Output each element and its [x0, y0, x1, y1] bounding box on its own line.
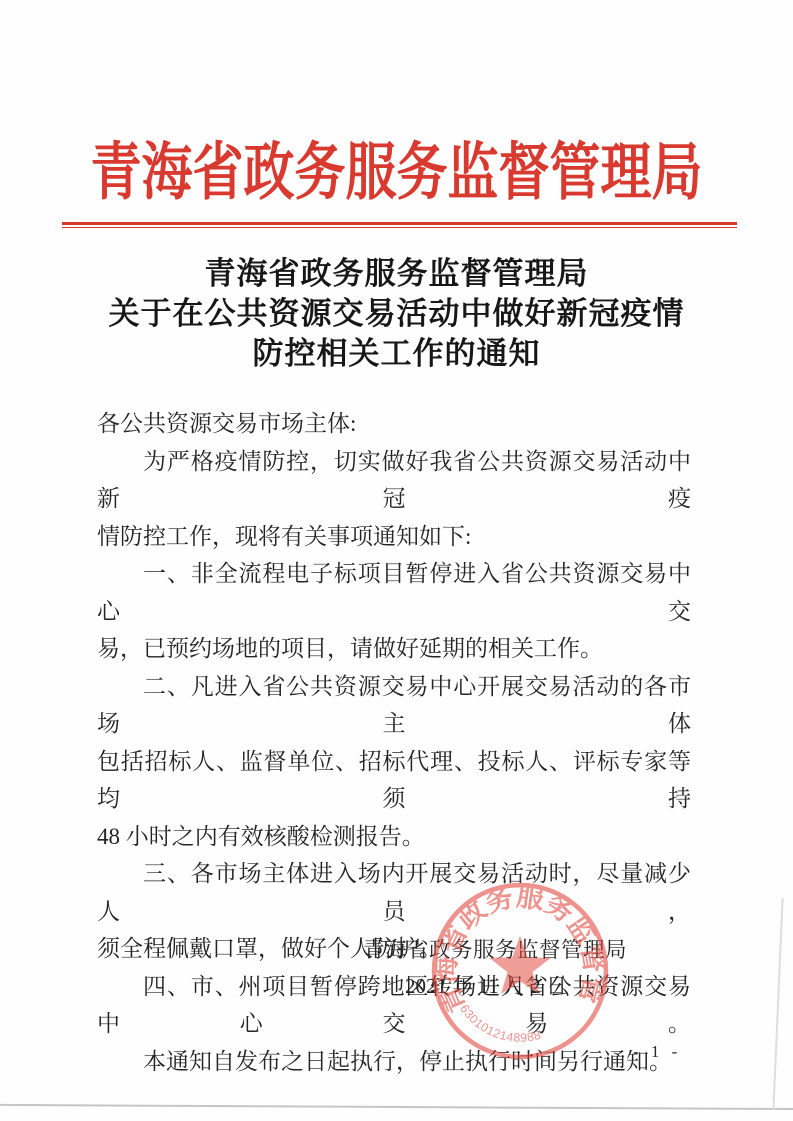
- body-line: 二、凡进入省公共资源交易中心开展交易活动的各市场主体: [97, 668, 691, 743]
- page-number: - 1 -: [633, 1042, 681, 1062]
- letterhead-divider-rule: [62, 222, 737, 228]
- letterhead-org-name: 青海省政务服务监督管理局: [0, 136, 793, 212]
- body-line: 三、各市场主体进入场内开展交易活动时，尽量减少人员，: [97, 855, 691, 930]
- body-line: 情防控工作，现将有关事项通知如下:: [97, 518, 691, 556]
- salutation-line: 各公共资源交易市场主体:: [97, 405, 691, 443]
- signature-date: 2021 年 11 月 2 日: [0, 970, 567, 1000]
- signature-org-name: 青海省政务服务监督管理局: [0, 933, 627, 964]
- scan-page-edge-bottom: [0, 1104, 793, 1110]
- body-line: 易，已预约场地的项目，请做好延期的相关工作。: [97, 630, 691, 668]
- scan-page-edge-right: [772, 898, 783, 1110]
- body-line: 一、非全流程电子标项目暂停进入省公共资源交易中心交: [97, 555, 691, 630]
- body-line: 本通知自发布之日起执行，停止执行时间另行通知。: [97, 1043, 691, 1081]
- body-line: 为严格疫情防控，切实做好我省公共资源交易活动中新冠疫: [97, 443, 691, 518]
- body-line: 48 小时之内有效核酸检测报告。: [97, 818, 691, 856]
- document-title-line: 防控相关工作的通知: [0, 334, 793, 374]
- document-title-line: 青海省政务服务监督管理局: [0, 254, 793, 294]
- document-title-line: 关于在公共资源交易活动中做好新冠疫情: [0, 294, 793, 334]
- scanned-official-document: 青海省政务服务监督管理局 青海省政务服务监督管理局 关于在公共资源交易活动中做好…: [0, 0, 793, 1121]
- document-title: 青海省政务服务监督管理局 关于在公共资源交易活动中做好新冠疫情 防控相关工作的通…: [0, 254, 793, 374]
- body-line: 包括招标人、监督单位、招标代理、投标人、评标专家等均须持: [97, 743, 691, 818]
